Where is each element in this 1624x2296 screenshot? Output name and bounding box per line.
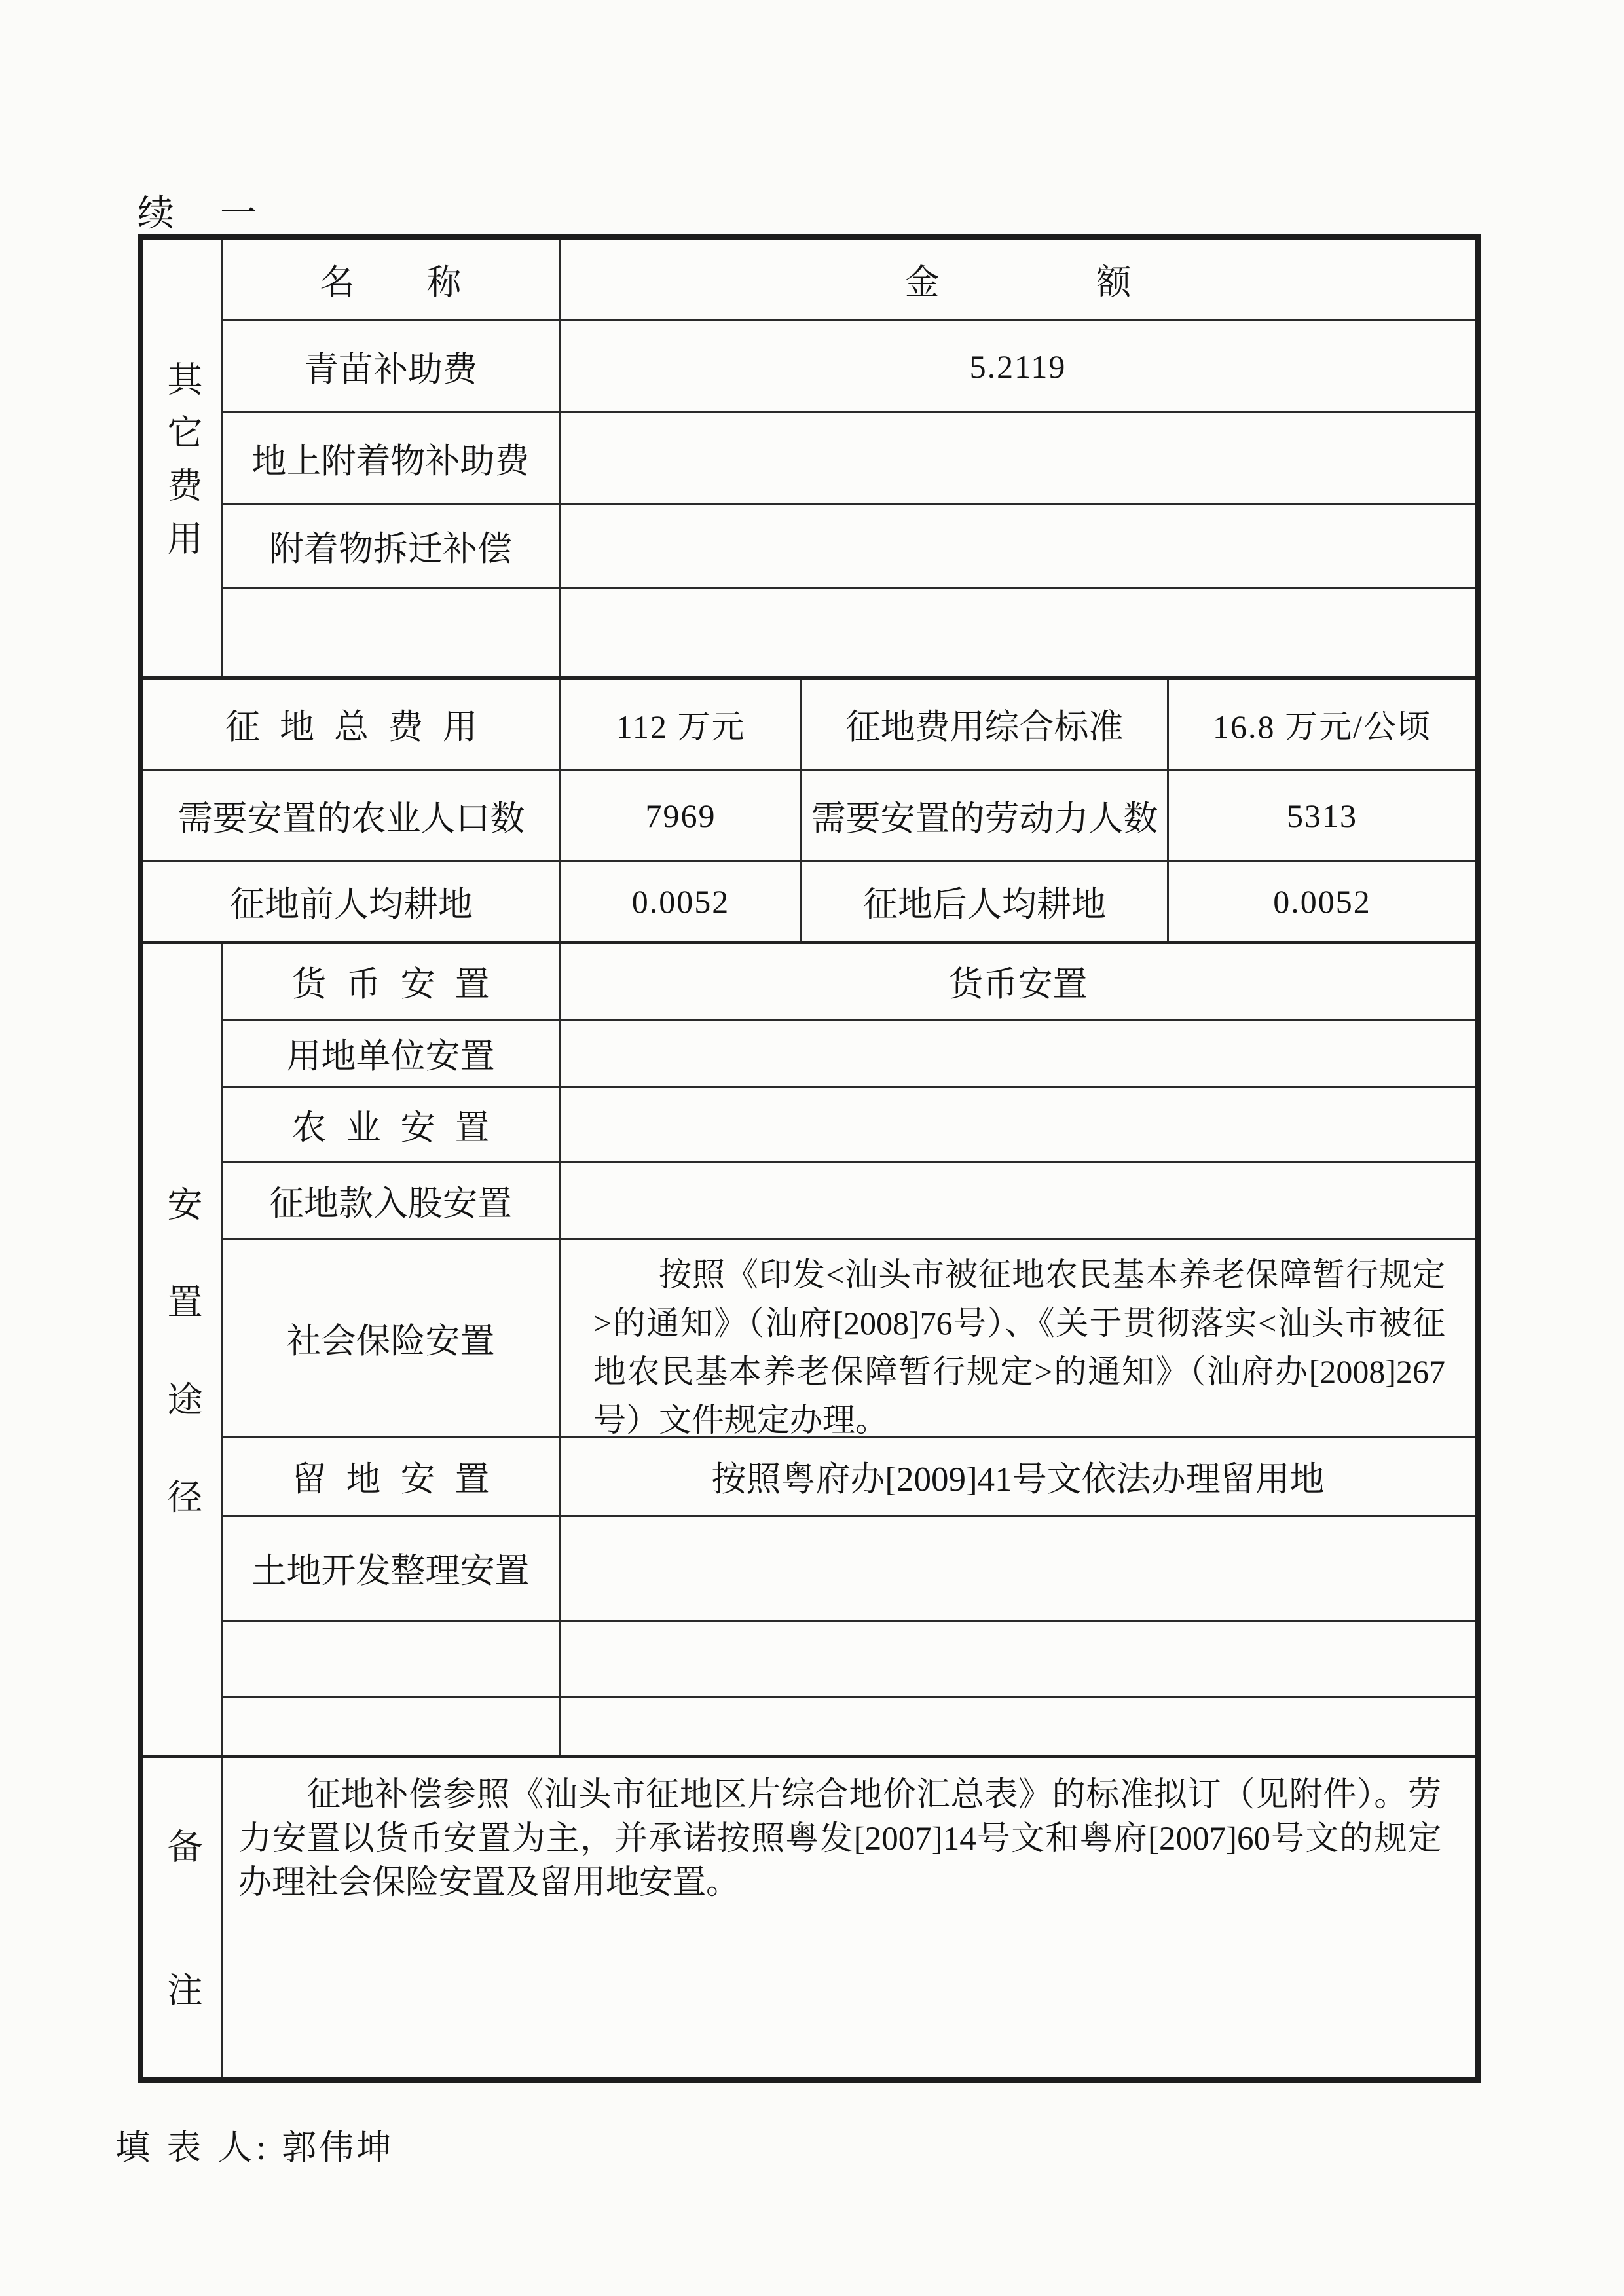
resettlement-value-cell — [559, 1163, 1475, 1238]
resettlement-label: 留地安置 — [292, 1451, 509, 1501]
resettlement-label: 农业安置 — [292, 1100, 509, 1150]
summary-label-cell: 征地前人均耕地 — [143, 862, 559, 940]
table-row: 土地开发整理安置 — [223, 1515, 1475, 1620]
table-row: 留地安置 按照粤府办[2009]41号文依法办理留用地 — [223, 1436, 1475, 1515]
resettlement-side-cell: 安置途径 — [143, 944, 223, 1755]
table-row: 地上附着物补助费 — [223, 411, 1475, 503]
amount-header-cell: 金额 — [559, 240, 1475, 319]
table-row: 青苗补助费 5.2119 — [223, 319, 1475, 411]
summary-value-cell: 16.8 万元/公顷 — [1167, 680, 1475, 769]
resettlement-label-cell: 土地开发整理安置 — [223, 1517, 559, 1620]
fee-label-cell: 附着物拆迁补偿 — [223, 505, 559, 587]
other-fees-side-label: 其它费用 — [164, 361, 200, 573]
table-row: 征地款入股安置 — [223, 1161, 1475, 1238]
amount-header-label: 金额 — [905, 255, 1289, 304]
resettlement-label-cell: 用地单位安置 — [223, 1021, 559, 1086]
resettlement-value-cell — [559, 1517, 1475, 1620]
summary-value-cell: 0.0052 — [559, 862, 800, 940]
table-row: 需要安置的农业人口数 7969 需要安置的劳动力人数 5313 — [143, 769, 1475, 860]
resettlement-side-label: 安置途径 — [164, 1186, 200, 1576]
fee-value-cell — [559, 505, 1475, 587]
continuation-label: 续 一 — [138, 185, 275, 237]
summary-value-cell: 112 万元 — [559, 680, 800, 769]
resettlement-label-cell: 留地安置 — [223, 1438, 559, 1515]
form-filler-label: 填 表 人: — [115, 2129, 270, 2167]
table-row — [223, 587, 1475, 676]
resettlement-label: 货币安置 — [292, 957, 509, 1006]
resettlement-value-cell — [559, 1698, 1475, 1755]
table-row: 附着物拆迁补偿 — [223, 503, 1475, 587]
resettlement-label-cell: 农业安置 — [223, 1088, 559, 1161]
name-header-label: 名称 — [320, 255, 534, 304]
summary-value-cell: 5313 — [1167, 771, 1475, 860]
table-row — [223, 1620, 1475, 1696]
summary-label-cell: 征地总费用 — [143, 680, 559, 769]
social-insurance-text: 按照《印发<汕头市被征地农民基本养老保障暂行规定>的通知》（汕府[2008]76… — [559, 1240, 1475, 1436]
resettlement-label-cell: 货币安置 — [223, 944, 559, 1019]
table-row: 征地总费用 112 万元 征地费用综合标准 16.8 万元/公顷 — [143, 680, 1475, 769]
summary-label: 征地总费用 — [225, 699, 497, 749]
table-row — [223, 1696, 1475, 1755]
summary-value-cell: 0.0052 — [1167, 862, 1475, 940]
scanned-form-page: 续 一 其它费用 名称 金额 青苗补助费 5.2119 — [0, 0, 1624, 2296]
section-other-fees: 其它费用 名称 金额 青苗补助费 5.2119 地上附着物补助费 — [143, 240, 1475, 676]
resettlement-label-cell — [223, 1698, 559, 1755]
remark-side-label: 备注 — [164, 1828, 200, 2115]
resettlement-value-cell — [559, 1021, 1475, 1086]
resettlement-label-cell: 征地款入股安置 — [223, 1163, 559, 1238]
remark-rows: 征地补偿参照《汕头市征地区片综合地价汇总表》的标准拟订（见附件）。劳力安置以货币… — [223, 1758, 1475, 2077]
form-filler-name: 郭伟坤 — [282, 2129, 394, 2167]
summary-label-cell: 需要安置的劳动力人数 — [800, 771, 1167, 860]
summary-label-cell: 征地后人均耕地 — [800, 862, 1167, 940]
other-fees-rows: 名称 金额 青苗补助费 5.2119 地上附着物补助费 附着物拆迁补偿 — [223, 240, 1475, 676]
fee-label-cell: 青苗补助费 — [223, 321, 559, 411]
fee-label-cell: 地上附着物补助费 — [223, 413, 559, 503]
section-resettlement: 安置途径 货币安置 货币安置 用地单位安置 农业安置 — [143, 941, 1475, 1755]
fee-value-cell — [559, 413, 1475, 503]
name-header-cell: 名称 — [223, 240, 559, 319]
resettlement-label-cell — [223, 1622, 559, 1696]
form-filler-line: 填 表 人:郭伟坤 — [115, 2120, 394, 2170]
resettlement-label-cell: 社会保险安置 — [223, 1240, 559, 1436]
remark-side-cell: 备注 — [143, 1758, 223, 2077]
table-row: 征地前人均耕地 0.0052 征地后人均耕地 0.0052 — [143, 860, 1475, 940]
resettlement-value-cell — [559, 1622, 1475, 1696]
remark-text: 征地补偿参照《汕头市征地区片综合地价汇总表》的标准拟订（见附件）。劳力安置以货币… — [223, 1758, 1475, 2077]
table-row: 农业安置 — [223, 1086, 1475, 1161]
table-row: 货币安置 货币安置 — [223, 944, 1475, 1019]
table-row: 用地单位安置 — [223, 1019, 1475, 1086]
table-row: 名称 金额 — [223, 240, 1475, 319]
section-summary: 征地总费用 112 万元 征地费用综合标准 16.8 万元/公顷 需要安置的农业… — [143, 676, 1475, 940]
land-requisition-table: 其它费用 名称 金额 青苗补助费 5.2119 地上附着物补助费 — [138, 234, 1481, 2083]
resettlement-value-cell — [559, 1088, 1475, 1161]
fee-value-cell — [559, 589, 1475, 676]
table-row: 征地补偿参照《汕头市征地区片综合地价汇总表》的标准拟订（见附件）。劳力安置以货币… — [223, 1758, 1475, 2077]
section-remark: 备注 征地补偿参照《汕头市征地区片综合地价汇总表》的标准拟订（见附件）。劳力安置… — [143, 1755, 1475, 2077]
resettlement-value-cell: 货币安置 — [559, 944, 1475, 1019]
table-row: 社会保险安置 按照《印发<汕头市被征地农民基本养老保障暂行规定>的通知》（汕府[… — [223, 1238, 1475, 1436]
resettlement-rows: 货币安置 货币安置 用地单位安置 农业安置 征地款入股安置 — [223, 944, 1475, 1755]
summary-label-cell: 需要安置的农业人口数 — [143, 771, 559, 860]
fee-label-cell — [223, 589, 559, 676]
fee-value-cell: 5.2119 — [559, 321, 1475, 411]
reserved-land-text: 按照粤府办[2009]41号文依法办理留用地 — [559, 1438, 1475, 1515]
summary-label-cell: 征地费用综合标准 — [800, 680, 1167, 769]
summary-value-cell: 7969 — [559, 771, 800, 860]
other-fees-side-cell: 其它费用 — [143, 240, 223, 676]
